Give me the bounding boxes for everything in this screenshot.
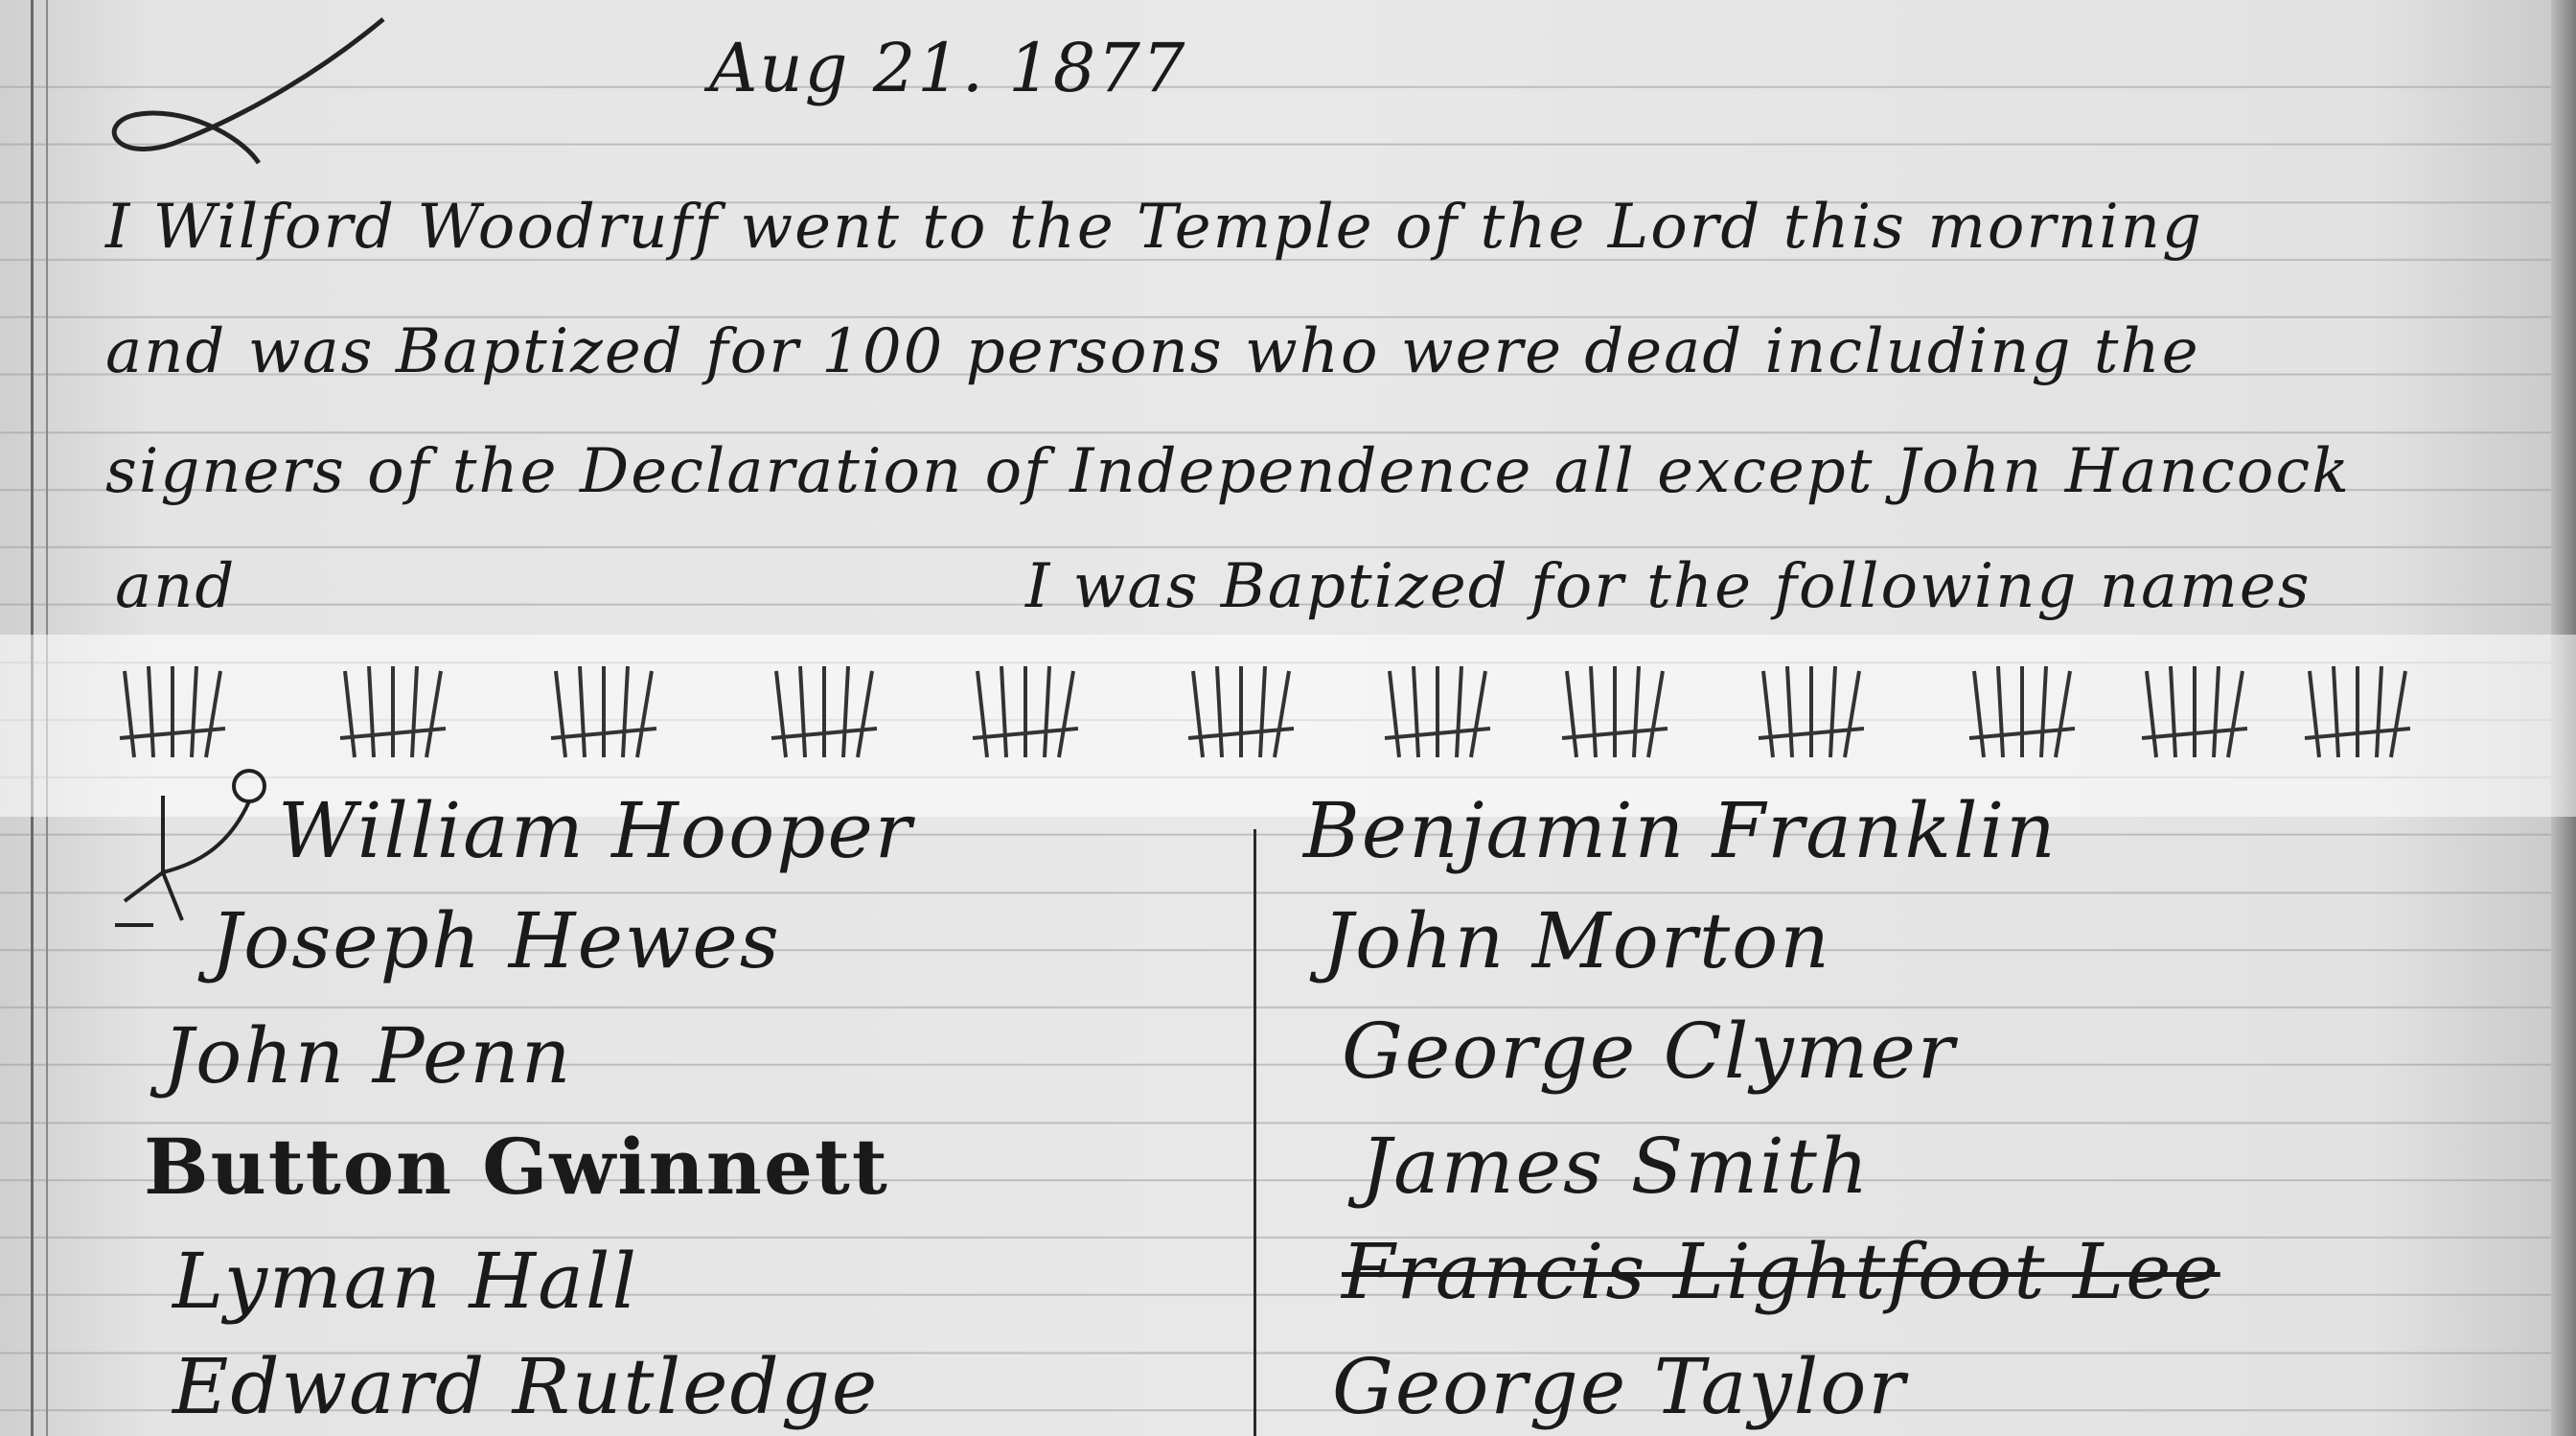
tally-mark-icon	[2137, 661, 2252, 767]
name-right-4: James Smith	[1361, 1122, 1870, 1211]
tally-mark-icon	[968, 661, 1083, 767]
name-right-3: George Clymer	[1342, 1007, 1956, 1096]
column-divider	[1253, 829, 1256, 1436]
tally-mark-icon	[546, 661, 661, 767]
paragraph-line-4-left: and	[115, 551, 236, 622]
tally-mark-icon	[1754, 661, 1869, 767]
name-right-5-struck: Francis Lightfoot Lee	[1342, 1227, 2220, 1316]
tally-mark-icon	[335, 661, 450, 767]
tally-mark-icon	[1965, 661, 2080, 767]
tally-marks-row	[0, 661, 2576, 786]
paragraph-line-1: I Wilford Woodruff went to the Temple of…	[105, 192, 2203, 263]
name-right-2: John Morton	[1322, 896, 1831, 985]
tally-mark-icon	[1557, 661, 1672, 767]
name-left-3: John Penn	[163, 1011, 572, 1100]
name-right-6: George Taylor	[1332, 1342, 1907, 1431]
name-right-1: Benjamin Franklin	[1303, 786, 2058, 875]
name-left-1: William Hooper	[278, 786, 913, 875]
journal-page: Aug 21. 1877 I Wilford Woodruff went to …	[0, 0, 2576, 1436]
paragraph-line-4-right: I was Baptized for the following names	[1025, 551, 2311, 622]
tally-mark-icon	[1380, 661, 1495, 767]
tally-mark-icon	[115, 661, 230, 767]
tally-mark-icon	[767, 661, 882, 767]
name-left-5: Lyman Hall	[172, 1237, 638, 1326]
entry-date: Aug 21. 1877	[709, 29, 1186, 107]
paragraph-line-3: signers of the Declaration of Independen…	[105, 436, 2351, 507]
name-left-2: Joseph Hewes	[211, 896, 781, 985]
name-left-6: Edward Rutledge	[172, 1342, 879, 1431]
tally-mark-icon	[1184, 661, 1299, 767]
paragraph-line-2: and was Baptized for 100 persons who wer…	[105, 316, 2200, 387]
name-left-4: Button Gwinnett	[144, 1122, 889, 1212]
flourish-icon	[96, 10, 422, 173]
tally-mark-icon	[2300, 661, 2415, 767]
